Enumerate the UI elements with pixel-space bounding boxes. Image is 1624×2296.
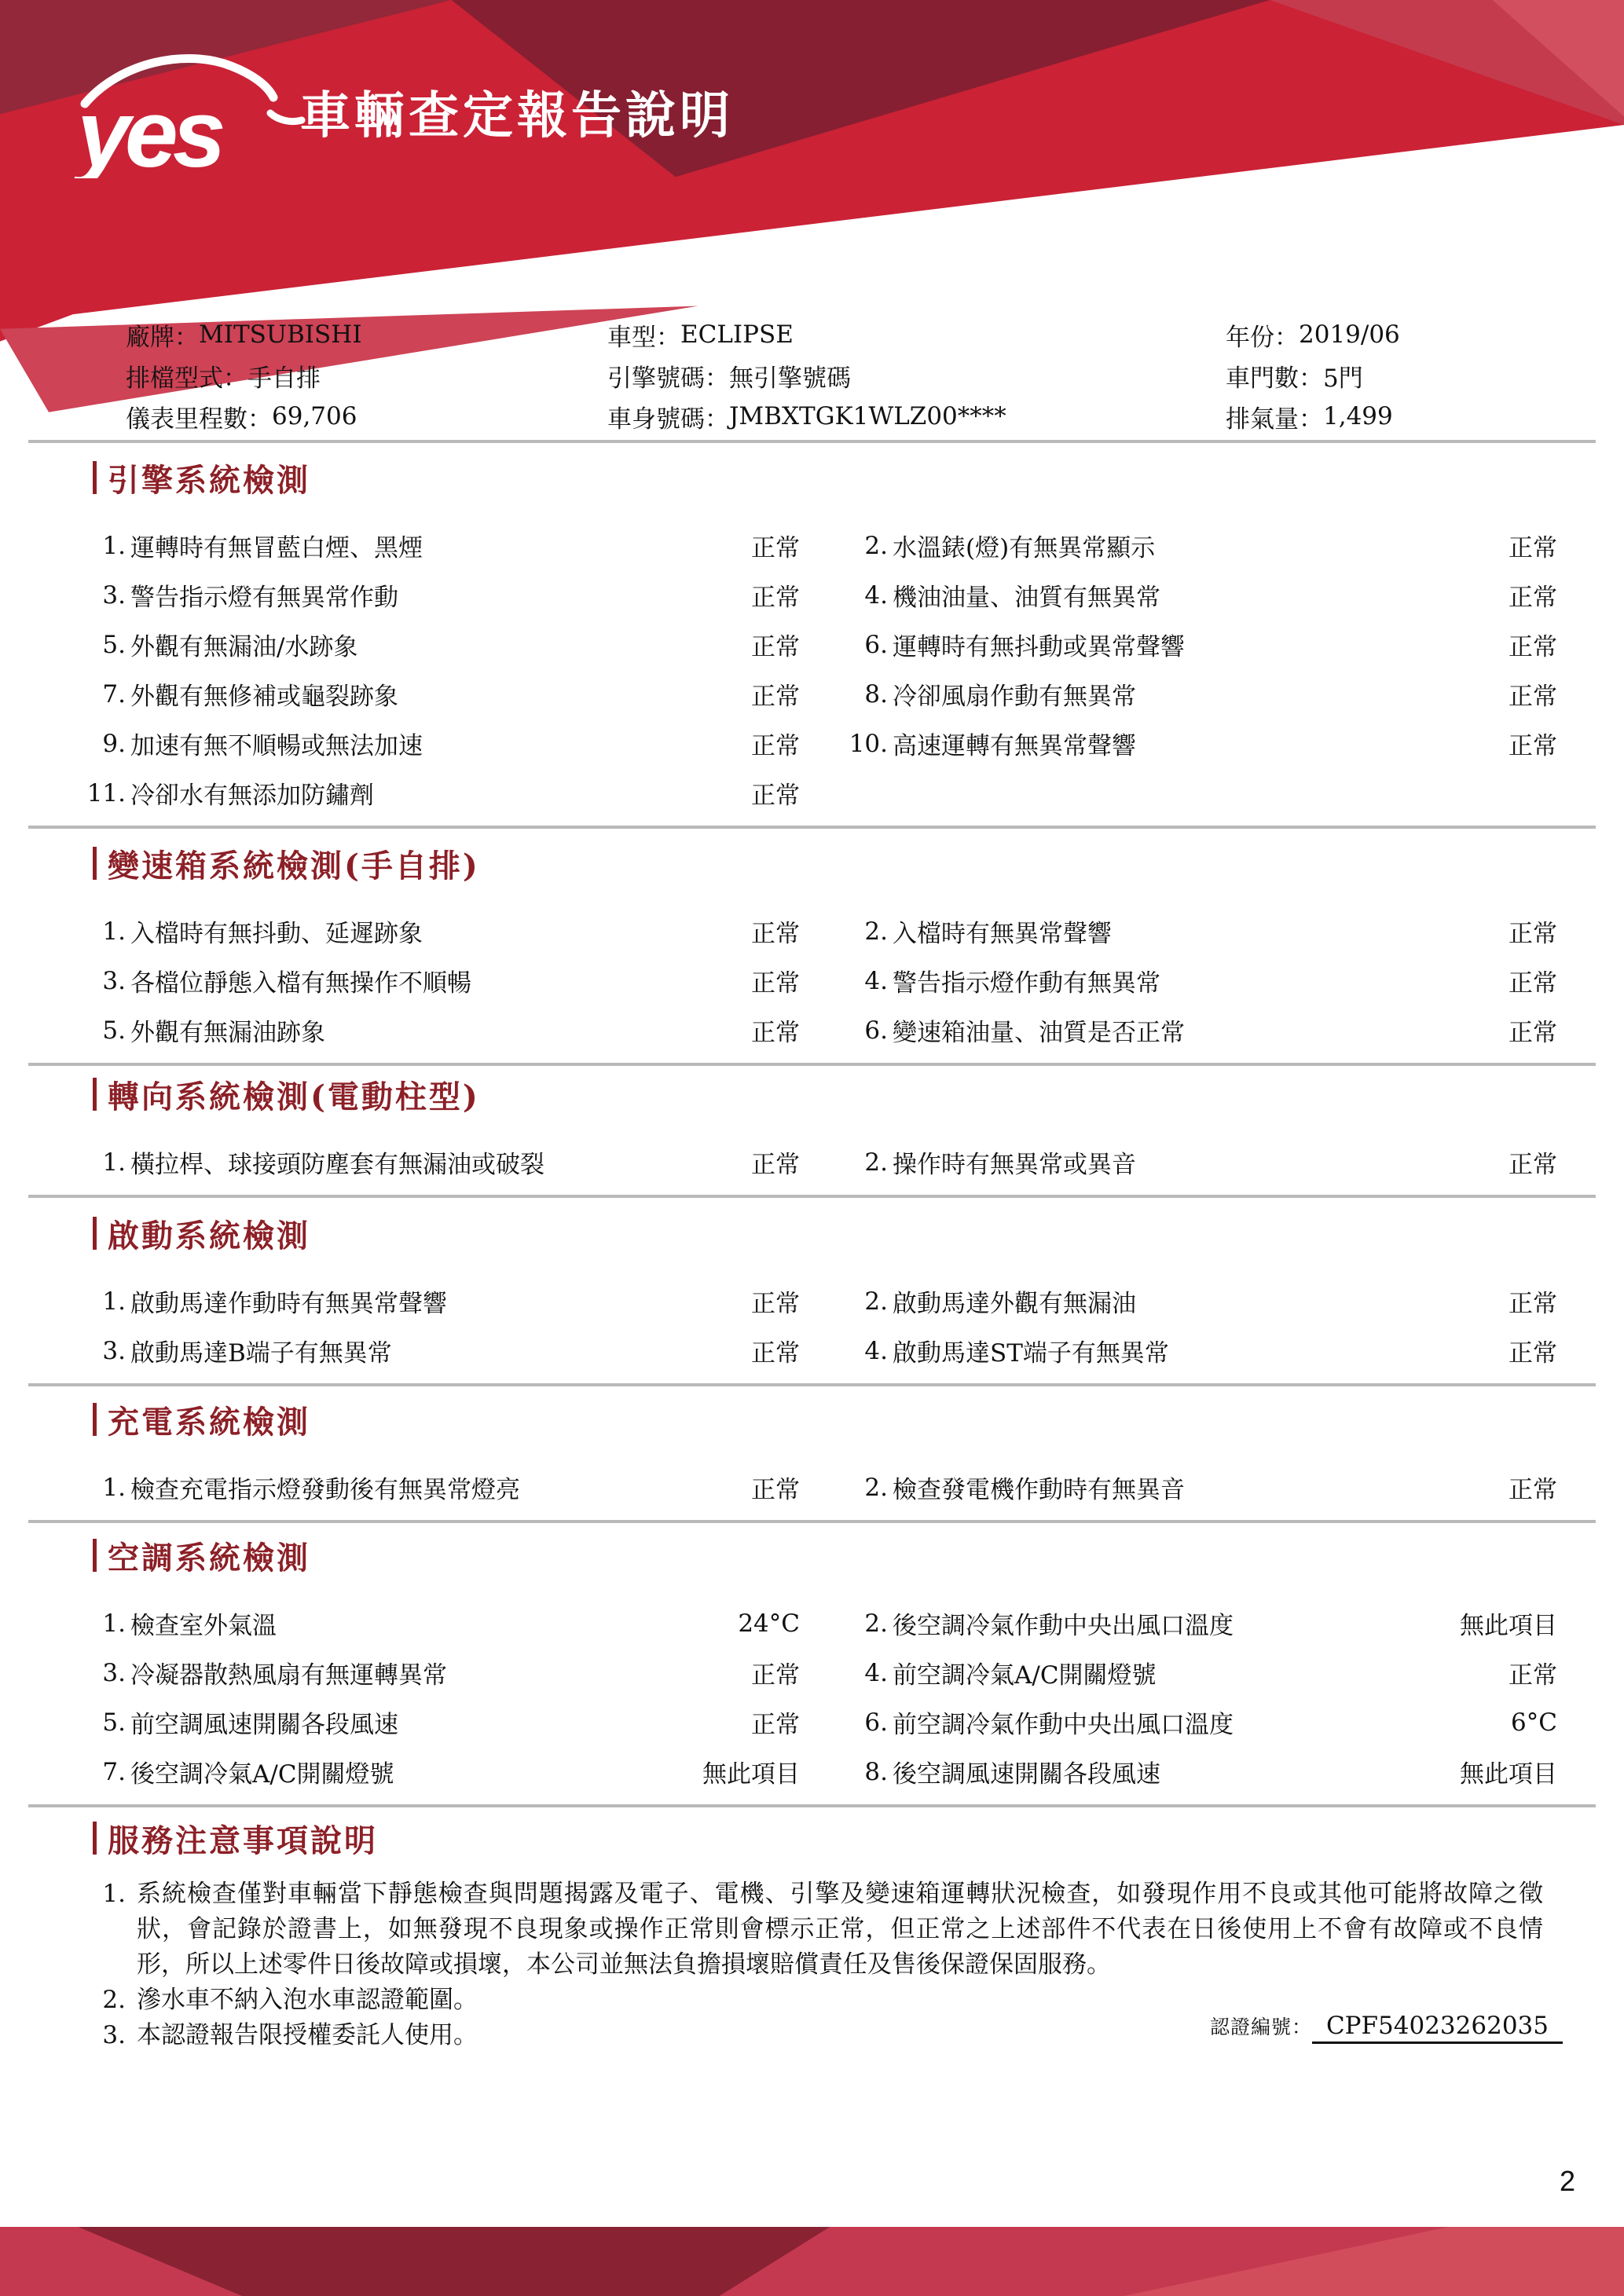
page-title: 車輛查定報告說明 bbox=[300, 75, 734, 148]
item-label: 前空調冷氣A/C開關燈號 bbox=[893, 1655, 1509, 1690]
item-number: 2. bbox=[844, 1148, 888, 1177]
item-status: 正常 bbox=[751, 1705, 800, 1740]
check-item: 3.警告指示燈有無異常作動正常 bbox=[82, 570, 800, 620]
section-engine: 引擎系統檢測 1.運轉時有無冒藍白煙、黑煙正常 2.水溫錶(燈)有無異常顯示正常… bbox=[28, 460, 1596, 829]
info-value: 69,706 bbox=[272, 402, 357, 430]
item-status: 正常 bbox=[1509, 528, 1557, 563]
info-cell: 車型：ECLIPSE bbox=[607, 314, 1226, 355]
item-label: 前空調冷氣作動中央出風口溫度 bbox=[893, 1705, 1511, 1740]
item-number: 7. bbox=[82, 680, 126, 709]
check-items: 1.檢查充電指示燈發動後有無異常燈亮正常 2.檢查發電機作動時有無異音正常 bbox=[82, 1463, 1596, 1512]
item-number: 1. bbox=[82, 1287, 126, 1316]
note-item: 1.系統檢查僅對車輛當下靜態檢查與問題揭露及電子、電機、引擎及變速箱運轉狀況檢查… bbox=[82, 1877, 1596, 1983]
item-number: 2. bbox=[844, 1287, 888, 1316]
item-label: 入檔時有無異常聲響 bbox=[893, 914, 1509, 949]
item-number: 10. bbox=[844, 730, 888, 758]
item-label: 後空調風速開關各段風速 bbox=[893, 1754, 1460, 1789]
item-number: 3. bbox=[82, 1337, 126, 1365]
info-label: 年份： bbox=[1226, 317, 1299, 353]
section-title-bar bbox=[93, 1403, 97, 1436]
section-starting: 啟動系統檢測 1.啟動馬達作動時有無異常聲響正常 2.啟動馬達外觀有無漏油正常 … bbox=[28, 1215, 1596, 1386]
check-item: 6.前空調冷氣作動中央出風口溫度6°C bbox=[844, 1697, 1557, 1747]
item-number: 3. bbox=[82, 1659, 126, 1687]
item-status: 正常 bbox=[1509, 1144, 1557, 1180]
item-label: 檢查發電機作動時有無異音 bbox=[893, 1470, 1509, 1505]
check-item: 9.加速有無不順暢或無法加速正常 bbox=[82, 719, 800, 768]
check-item: 1.檢查充電指示燈發動後有無異常燈亮正常 bbox=[82, 1463, 800, 1512]
item-label: 各檔位靜態入檔有無操作不順暢 bbox=[130, 963, 751, 998]
info-value: 1,499 bbox=[1323, 402, 1393, 430]
item-status: 正常 bbox=[751, 775, 800, 811]
item-status: 正常 bbox=[751, 1144, 800, 1180]
item-number: 11. bbox=[82, 779, 126, 807]
item-status: 正常 bbox=[1509, 676, 1557, 712]
section-title-row: 啟動系統檢測 bbox=[93, 1215, 1596, 1251]
item-status: 正常 bbox=[1509, 577, 1557, 613]
section-title-row: 空調系統檢測 bbox=[93, 1537, 1596, 1573]
item-number: 2. bbox=[844, 1474, 888, 1502]
section-title-row: 服務注意事項說明 bbox=[93, 1820, 1596, 1856]
check-item: 4.前空調冷氣A/C開關燈號正常 bbox=[844, 1648, 1557, 1697]
item-number: 1. bbox=[82, 917, 126, 946]
check-item: 6.變速箱油量、油質是否正常正常 bbox=[844, 1005, 1557, 1055]
section-title: 空調系統檢測 bbox=[108, 1533, 310, 1578]
item-status: 正常 bbox=[751, 914, 800, 949]
item-label: 外觀有無漏油/水跡象 bbox=[130, 627, 751, 662]
section-title-row: 引擎系統檢測 bbox=[93, 460, 1596, 496]
note-number: 1. bbox=[82, 1877, 126, 1983]
item-label: 冷卻風扇作動有無異常 bbox=[893, 676, 1509, 712]
info-cell: 廠牌：MITSUBISHI bbox=[126, 314, 607, 355]
info-value: 手自排 bbox=[247, 358, 321, 394]
item-label: 運轉時有無冒藍白煙、黑煙 bbox=[130, 528, 751, 563]
cert-label: 認證編號： bbox=[1210, 2012, 1312, 2040]
section-title: 服務注意事項說明 bbox=[108, 1816, 378, 1861]
check-item: 1.檢查室外氣溫24°C bbox=[82, 1598, 800, 1648]
item-number: 1. bbox=[82, 532, 126, 560]
page-number: 2 bbox=[1560, 2165, 1575, 2198]
item-label: 外觀有無漏油跡象 bbox=[130, 1013, 751, 1048]
check-item: 5.外觀有無漏油跡象正常 bbox=[82, 1005, 800, 1055]
item-status: 正常 bbox=[751, 1333, 800, 1368]
info-cell: 年份：2019/06 bbox=[1226, 314, 1596, 355]
check-item: 2.後空調冷氣作動中央出風口溫度無此項目 bbox=[844, 1598, 1557, 1648]
check-item: 2.水溫錶(燈)有無異常顯示正常 bbox=[844, 521, 1557, 570]
item-label: 啟動馬達作動時有無異常聲響 bbox=[130, 1283, 751, 1319]
check-item: 6.運轉時有無抖動或異常聲響正常 bbox=[844, 620, 1557, 669]
section-divider bbox=[28, 440, 1596, 443]
item-number: 5. bbox=[82, 631, 126, 659]
check-items: 1.啟動馬達作動時有無異常聲響正常 2.啟動馬達外觀有無漏油正常 3.啟動馬達B… bbox=[82, 1276, 1596, 1375]
check-item: 3.啟動馬達B端子有無異常正常 bbox=[82, 1326, 800, 1375]
info-value: JMBXTGK1WLZ00**** bbox=[729, 402, 1006, 430]
vehicle-info-grid: 廠牌：MITSUBISHI 車型：ECLIPSE 年份：2019/06 排檔型式… bbox=[126, 314, 1596, 437]
item-label: 警告指示燈有無異常作動 bbox=[130, 577, 751, 613]
info-label: 車身號碼： bbox=[607, 399, 729, 434]
item-status: 無此項目 bbox=[702, 1754, 800, 1789]
item-number: 8. bbox=[844, 1758, 888, 1786]
info-value: ECLIPSE bbox=[680, 320, 794, 349]
section-title-bar bbox=[93, 1539, 97, 1572]
item-status: 正常 bbox=[751, 963, 800, 998]
item-label: 加速有無不順暢或無法加速 bbox=[130, 726, 751, 761]
note-number: 2. bbox=[82, 1983, 126, 2018]
info-value: 2019/06 bbox=[1299, 320, 1400, 349]
section-title: 充電系統檢測 bbox=[108, 1397, 310, 1442]
section-charging: 充電系統檢測 1.檢查充電指示燈發動後有無異常燈亮正常 2.檢查發電機作動時有無… bbox=[28, 1401, 1596, 1523]
check-item: 4.機油油量、油質有無異常正常 bbox=[844, 570, 1557, 620]
section-title: 變速箱系統檢測(手自排) bbox=[108, 841, 480, 886]
section-steering: 轉向系統檢測(電動柱型) 1.橫拉桿、球接頭防塵套有無漏油或破裂正常 2.操作時… bbox=[28, 1076, 1596, 1198]
item-label: 入檔時有無抖動、延遲跡象 bbox=[130, 914, 751, 949]
cert-number: 認證編號： CPF54023262035 bbox=[1210, 2012, 1563, 2044]
item-number: 2. bbox=[844, 1609, 888, 1638]
item-status: 正常 bbox=[1509, 1655, 1557, 1690]
section-divider bbox=[28, 1383, 1596, 1386]
check-item: 5.前空調風速開關各段風速正常 bbox=[82, 1697, 800, 1747]
item-status: 無此項目 bbox=[1460, 1754, 1557, 1789]
check-item: 11.冷卻水有無添加防鏽劑正常 bbox=[82, 768, 800, 818]
item-number: 9. bbox=[82, 730, 126, 758]
section-title-row: 充電系統檢測 bbox=[93, 1401, 1596, 1437]
check-item: 7.外觀有無修補或龜裂跡象正常 bbox=[82, 669, 800, 719]
section-title: 引擎系統檢測 bbox=[108, 456, 310, 500]
item-status: 24°C bbox=[738, 1609, 800, 1638]
info-label: 排氣量： bbox=[1226, 399, 1323, 434]
item-number: 2. bbox=[844, 917, 888, 946]
item-status: 正常 bbox=[751, 676, 800, 712]
check-items: 1.橫拉桿、球接頭防塵套有無漏油或破裂正常 2.操作時有無異常或異音正常 bbox=[82, 1137, 1596, 1187]
check-item: 8.後空調風速開關各段風速無此項目 bbox=[844, 1747, 1557, 1796]
item-number: 6. bbox=[844, 631, 888, 659]
check-item: 1.入檔時有無抖動、延遲跡象正常 bbox=[82, 906, 800, 956]
item-status: 正常 bbox=[1509, 914, 1557, 949]
check-item: 1.橫拉桿、球接頭防塵套有無漏油或破裂正常 bbox=[82, 1137, 800, 1187]
section-title-bar bbox=[93, 847, 97, 880]
item-label: 啟動馬達B端子有無異常 bbox=[130, 1333, 751, 1368]
item-label: 橫拉桿、球接頭防塵套有無漏油或破裂 bbox=[130, 1144, 751, 1180]
item-number: 4. bbox=[844, 967, 888, 995]
item-number: 1. bbox=[82, 1609, 126, 1638]
item-label: 冷卻水有無添加防鏽劑 bbox=[130, 775, 751, 811]
item-number: 3. bbox=[82, 581, 126, 610]
item-label: 外觀有無修補或龜裂跡象 bbox=[130, 676, 751, 712]
info-label: 儀表里程數： bbox=[126, 399, 272, 434]
item-status: 無此項目 bbox=[1460, 1606, 1557, 1641]
item-status: 正常 bbox=[751, 528, 800, 563]
note-text: 滲水車不納入泡水車認證範圍。 bbox=[137, 1983, 478, 2018]
item-label: 變速箱油量、油質是否正常 bbox=[893, 1013, 1509, 1048]
info-value: 無引擎號碼 bbox=[729, 358, 851, 394]
note-number: 3. bbox=[82, 2018, 126, 2053]
info-label: 引擎號碼： bbox=[607, 358, 729, 394]
check-item: 10.高速運轉有無異常聲響正常 bbox=[844, 719, 1557, 768]
item-status: 正常 bbox=[1509, 1470, 1557, 1505]
item-label: 啟動馬達ST端子有無異常 bbox=[893, 1333, 1509, 1368]
check-item: 3.冷凝器散熱風扇有無運轉異常正常 bbox=[82, 1648, 800, 1697]
yes-logo-text: yes bbox=[72, 80, 223, 178]
item-label: 操作時有無異常或異音 bbox=[893, 1144, 1509, 1180]
info-cell: 引擎號碼：無引擎號碼 bbox=[607, 355, 1226, 396]
note-text: 本認證報告限授權委託人使用。 bbox=[137, 2018, 478, 2053]
item-label: 運轉時有無抖動或異常聲響 bbox=[893, 627, 1509, 662]
info-cell: 車身號碼：JMBXTGK1WLZ00**** bbox=[607, 396, 1226, 437]
info-value: MITSUBISHI bbox=[199, 320, 362, 349]
check-item: 4.啟動馬達ST端子有無異常正常 bbox=[844, 1326, 1557, 1375]
section-title-row: 轉向系統檢測(電動柱型) bbox=[93, 1076, 1596, 1112]
check-item: 2.入檔時有無異常聲響正常 bbox=[844, 906, 1557, 956]
section-ac: 空調系統檢測 1.檢查室外氣溫24°C 2.後空調冷氣作動中央出風口溫度無此項目… bbox=[28, 1537, 1596, 1807]
check-item: 2.檢查發電機作動時有無異音正常 bbox=[844, 1463, 1557, 1512]
item-status: 正常 bbox=[1509, 1283, 1557, 1319]
check-items: 1.入檔時有無抖動、延遲跡象正常 2.入檔時有無異常聲響正常 3.各檔位靜態入檔… bbox=[82, 906, 1596, 1055]
item-status: 正常 bbox=[1509, 627, 1557, 662]
item-status: 正常 bbox=[1509, 1333, 1557, 1368]
item-number: 1. bbox=[82, 1474, 126, 1502]
check-item: 4.警告指示燈作動有無異常正常 bbox=[844, 956, 1557, 1005]
item-label: 檢查充電指示燈發動後有無異常燈亮 bbox=[130, 1470, 751, 1505]
item-label: 後空調冷氣作動中央出風口溫度 bbox=[893, 1606, 1460, 1641]
item-label: 啟動馬達外觀有無漏油 bbox=[893, 1283, 1509, 1319]
item-status: 正常 bbox=[1509, 963, 1557, 998]
info-value: 5門 bbox=[1323, 358, 1363, 394]
item-status: 正常 bbox=[751, 627, 800, 662]
item-number: 8. bbox=[844, 680, 888, 709]
info-cell: 儀表里程數：69,706 bbox=[126, 396, 607, 437]
check-item: 3.各檔位靜態入檔有無操作不順暢正常 bbox=[82, 956, 800, 1005]
item-status: 正常 bbox=[751, 1283, 800, 1319]
item-status: 正常 bbox=[1509, 1013, 1557, 1048]
section-divider bbox=[28, 1063, 1596, 1066]
item-number: 5. bbox=[82, 1016, 126, 1045]
item-label: 冷凝器散熱風扇有無運轉異常 bbox=[130, 1655, 751, 1690]
yes-logo: yes bbox=[72, 41, 316, 178]
item-status: 正常 bbox=[751, 577, 800, 613]
check-item: 8.冷卻風扇作動有無異常正常 bbox=[844, 669, 1557, 719]
item-number: 4. bbox=[844, 581, 888, 610]
section-title-bar bbox=[93, 1217, 97, 1250]
vehicle-info: 廠牌：MITSUBISHI 車型：ECLIPSE 年份：2019/06 排檔型式… bbox=[28, 314, 1596, 443]
item-number: 4. bbox=[844, 1337, 888, 1365]
info-label: 排檔型式： bbox=[126, 358, 247, 394]
item-status: 正常 bbox=[1509, 726, 1557, 761]
section-divider bbox=[28, 826, 1596, 829]
item-number: 6. bbox=[844, 1016, 888, 1045]
item-number: 4. bbox=[844, 1659, 888, 1687]
check-items: 1.檢查室外氣溫24°C 2.後空調冷氣作動中央出風口溫度無此項目 3.冷凝器散… bbox=[82, 1598, 1596, 1796]
footer-art bbox=[0, 2227, 1624, 2296]
info-label: 車型： bbox=[607, 317, 680, 353]
item-status: 正常 bbox=[751, 1470, 800, 1505]
item-number: 6. bbox=[844, 1708, 888, 1737]
check-item: 2.啟動馬達外觀有無漏油正常 bbox=[844, 1276, 1557, 1326]
check-item: 7.後空調冷氣A/C開關燈號無此項目 bbox=[82, 1747, 800, 1796]
cert-value: CPF54023262035 bbox=[1312, 2012, 1563, 2044]
report-page: yes 車輛查定報告說明 廠牌：MITSUBISHI 車型：ECLIPSE 年份… bbox=[0, 0, 1624, 2296]
info-cell: 排檔型式：手自排 bbox=[126, 355, 607, 396]
section-divider bbox=[28, 1195, 1596, 1198]
check-item: 5.外觀有無漏油/水跡象正常 bbox=[82, 620, 800, 669]
section-service-notes: 服務注意事項說明 1.系統檢查僅對車輛當下靜態檢查與問題揭露及電子、電機、引擎及… bbox=[28, 1820, 1596, 2053]
item-label: 前空調風速開關各段風速 bbox=[130, 1705, 751, 1740]
item-label: 高速運轉有無異常聲響 bbox=[893, 726, 1509, 761]
section-title-bar bbox=[93, 1822, 97, 1855]
item-status: 6°C bbox=[1511, 1708, 1557, 1737]
item-status: 正常 bbox=[751, 1655, 800, 1690]
item-label: 機油油量、油質有無異常 bbox=[893, 577, 1509, 613]
item-status: 正常 bbox=[751, 1013, 800, 1048]
section-title: 轉向系統檢測(電動柱型) bbox=[108, 1072, 480, 1117]
item-status: 正常 bbox=[751, 726, 800, 761]
item-label: 後空調冷氣A/C開關燈號 bbox=[130, 1754, 702, 1789]
item-number: 2. bbox=[844, 532, 888, 560]
section-title-row: 變速箱系統檢測(手自排) bbox=[93, 845, 1596, 881]
check-item: 1.啟動馬達作動時有無異常聲響正常 bbox=[82, 1276, 800, 1326]
info-cell: 排氣量：1,499 bbox=[1226, 396, 1596, 437]
note-text: 系統檢查僅對車輛當下靜態檢查與問題揭露及電子、電機、引擎及變速箱運轉狀況檢查，如… bbox=[137, 1877, 1543, 1983]
item-label: 警告指示燈作動有無異常 bbox=[893, 963, 1509, 998]
item-number: 5. bbox=[82, 1708, 126, 1737]
section-transmission: 變速箱系統檢測(手自排) 1.入檔時有無抖動、延遲跡象正常 2.入檔時有無異常聲… bbox=[28, 845, 1596, 1066]
item-number: 1. bbox=[82, 1148, 126, 1177]
section-title-bar bbox=[93, 461, 97, 494]
item-label: 水溫錶(燈)有無異常顯示 bbox=[893, 528, 1509, 563]
section-title: 啟動系統檢測 bbox=[108, 1211, 310, 1256]
item-number: 7. bbox=[82, 1758, 126, 1786]
check-item: 1.運轉時有無冒藍白煙、黑煙正常 bbox=[82, 521, 800, 570]
info-label: 車門數： bbox=[1226, 358, 1323, 394]
info-label: 廠牌： bbox=[126, 317, 199, 353]
check-items: 1.運轉時有無冒藍白煙、黑煙正常 2.水溫錶(燈)有無異常顯示正常 3.警告指示… bbox=[82, 521, 1596, 818]
section-divider bbox=[28, 1520, 1596, 1523]
item-label: 檢查室外氣溫 bbox=[130, 1606, 738, 1641]
section-divider bbox=[28, 1804, 1596, 1807]
check-item: 2.操作時有無異常或異音正常 bbox=[844, 1137, 1557, 1187]
info-cell: 車門數：5門 bbox=[1226, 355, 1596, 396]
item-number: 3. bbox=[82, 967, 126, 995]
section-title-bar bbox=[93, 1078, 97, 1111]
